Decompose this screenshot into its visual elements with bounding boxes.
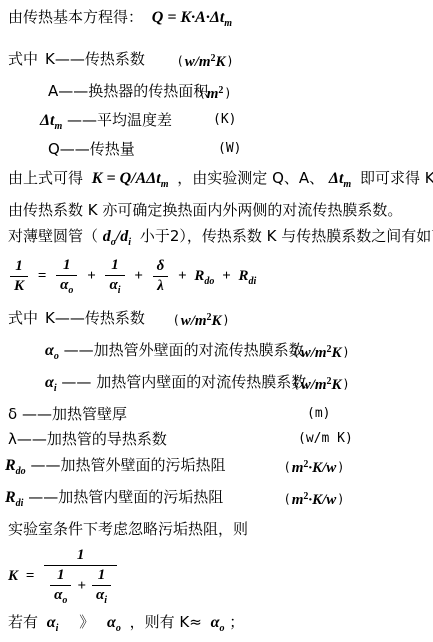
tail-text: 小于2），传热系数 K 与传热膜系数之间有如下关系： xyxy=(140,227,433,245)
film-coefficient-note: 由传热系数 K 亦可确定换热面内外两侧的对流传热膜系数。 xyxy=(8,200,402,220)
numerator: 1 xyxy=(92,566,111,586)
tail-text: 即可求得 K 值。 xyxy=(360,169,433,187)
symbol-subscript: di xyxy=(16,498,24,509)
unit-pre: m xyxy=(292,492,304,508)
d-inner-sub: i xyxy=(128,237,131,248)
alpha-sub: i xyxy=(118,285,121,296)
numerator: 1 xyxy=(44,546,117,566)
unit-label: (w/m2K) xyxy=(176,49,234,72)
param-row-alpha-i: αi —— 加热管内壁面的对流传热膜系数 (w/m2K) xyxy=(45,372,306,399)
numerator: 1 xyxy=(56,256,77,276)
unit-sup: 2 xyxy=(218,85,223,96)
symbol-subscript: i xyxy=(56,623,59,634)
symbol-body: α xyxy=(107,614,116,631)
close-paren: ) xyxy=(338,460,343,474)
frac-delta-over-lambda: δλ xyxy=(153,257,169,296)
param-term: K——传热系数 xyxy=(45,308,145,328)
symbol-body: α xyxy=(45,342,54,359)
unit-label: (m2·K/w) xyxy=(283,455,345,478)
Rdi-symbol: Rdi xyxy=(5,489,23,506)
R-sub: di xyxy=(248,276,256,287)
alpha-symbol: α xyxy=(109,277,117,293)
unit-math: w/m2K xyxy=(185,54,226,70)
open-paren: ( xyxy=(178,54,183,68)
outer-fraction: 1 1αo+1αi xyxy=(44,546,117,607)
open-paren: ( xyxy=(174,313,179,327)
shizhong-label: 式中 xyxy=(8,49,38,69)
param-term: ——加热管内壁面的污垢热阻 xyxy=(28,488,223,506)
unit-math: m2·K/w xyxy=(292,460,337,476)
unit-post: K xyxy=(332,345,342,361)
denominator: K xyxy=(10,277,28,296)
mid-text: ，则有 K≈ xyxy=(130,613,202,631)
unit-pre: w/m xyxy=(181,313,207,329)
denominator: αi xyxy=(92,586,111,608)
symbol-subscript: o xyxy=(54,351,59,362)
plus-sign: + xyxy=(134,268,143,284)
close-paren: ) xyxy=(338,492,343,506)
open-paren: ( xyxy=(294,345,299,359)
param-term: δ ——加热管壁厚 xyxy=(8,405,127,423)
param-term: K——传热系数 xyxy=(45,49,145,69)
unit-label: (w/m2K) xyxy=(172,308,230,331)
close-paren: ) xyxy=(344,377,349,391)
R-symbol: R xyxy=(238,268,248,284)
frac-1-over-alpha-i: 1αi xyxy=(105,256,124,297)
symbol-subscript: do xyxy=(16,466,26,477)
formula-body: K = Q/AΔt xyxy=(92,170,161,187)
close-paren: ) xyxy=(225,86,230,100)
symbol-subscript: o xyxy=(219,623,224,634)
equals-sign: = xyxy=(26,568,35,584)
close-paren: ) xyxy=(224,313,229,327)
unit-math: w/m2K xyxy=(181,313,222,329)
k-derived-formula: K = Q/AΔtm xyxy=(92,170,169,187)
alpha-sub: o xyxy=(68,285,73,296)
symbol-body: R xyxy=(5,457,16,474)
simplified-k-equation: K = 1 1αo+1αi xyxy=(8,546,119,607)
unit-post: K xyxy=(216,54,226,70)
unit-label: (m2·K/w) xyxy=(283,487,345,510)
unit-label: (w/m2K) xyxy=(292,340,350,363)
Rdo-symbol: Rdo xyxy=(5,457,26,474)
frac-1-over-K: 1K xyxy=(10,257,28,296)
symbol-subscript: m xyxy=(54,121,62,132)
Rdi-term: Rdi xyxy=(238,268,256,284)
numerator: 1 xyxy=(50,566,71,586)
unit-pre: w/m xyxy=(301,345,327,361)
symbol-body: α xyxy=(47,614,56,631)
denominator: λ xyxy=(153,277,169,296)
d-outer: d xyxy=(103,228,111,245)
equals-sign: = xyxy=(38,268,47,284)
numerator: 1 xyxy=(10,257,28,277)
lab-condition-line: 实验室条件下考虑忽略污垢热阻，则 xyxy=(8,519,248,539)
plus-sign: + xyxy=(77,578,86,594)
R-symbol: R xyxy=(194,268,204,284)
unit-math: w/m2K xyxy=(301,377,342,393)
param-term: λ——加热管的导热系数 xyxy=(8,430,167,448)
unit-pre: w/m xyxy=(301,377,327,393)
K-symbol: K xyxy=(8,568,18,584)
thin-wall-tube-line: 对薄壁圆管（ do/di 小于2），传热系数 K 与传热膜系数之间有如下关系： xyxy=(8,226,433,253)
param-row-dtm: Δtm ——平均温度差 (K) xyxy=(40,110,172,137)
frac-1-over-alpha-o: 1αo xyxy=(56,256,77,297)
open-paren: ( xyxy=(294,377,299,391)
formula-subscript: m xyxy=(224,18,232,29)
symbol-body: Δt xyxy=(329,170,343,187)
close-paren: ) xyxy=(344,345,349,359)
param-term: —— 加热管内壁面的对流传热膜系数 xyxy=(61,373,306,391)
numerator: δ xyxy=(153,257,169,277)
frac-1-over-alpha-o: 1αo xyxy=(50,566,71,607)
lead-text: 由上式可得 xyxy=(8,169,83,187)
unit-math: m2·K/w xyxy=(292,492,337,508)
param-row-lambda: λ——加热管的导热系数 (w/m K) xyxy=(8,429,167,449)
unit-pre: m xyxy=(292,460,304,476)
symbol-subscript: i xyxy=(54,383,57,394)
unit-pre: m xyxy=(207,86,219,102)
alpha-o-symbol: αo xyxy=(107,614,121,631)
frac-1-over-alpha-i: 1αi xyxy=(92,566,111,607)
much-greater-sign: 》 xyxy=(79,613,94,631)
param-term: ——平均温度差 xyxy=(67,111,172,129)
alpha-sub: o xyxy=(62,595,67,606)
param-row-Rdo: Rdo ——加热管外壁面的污垢热阻 (m2·K/w) xyxy=(5,455,225,482)
unit-label: (K) xyxy=(213,110,236,130)
Rdo-term: Rdo xyxy=(194,268,214,284)
dtm-symbol: Δtm xyxy=(329,170,351,187)
param-row-alpha-o: αo ——加热管外壁面的对流传热膜系数 (w/m2K) xyxy=(45,340,304,367)
R-sub: do xyxy=(204,276,214,287)
lead-text: 对薄壁圆管（ xyxy=(8,227,98,245)
alpha-o-symbol: αo xyxy=(45,342,59,359)
symbol-body: α xyxy=(45,374,54,391)
slash-d: /d xyxy=(116,228,128,245)
formula-subscript: m xyxy=(161,179,169,190)
unit-label: (W) xyxy=(218,139,241,159)
note-text: 实验室条件下考虑忽略污垢热阻，则 xyxy=(8,520,248,538)
derived-k-line: 由上式可得 K = Q/AΔtm ，由实验测定 Q、A、 Δtm 即可求得 K … xyxy=(8,168,433,195)
symbol-subscript: m xyxy=(343,179,351,190)
formula-body: Q = K·A·Δt xyxy=(152,9,225,26)
approximation-line: 若有 αi 》 αo ，则有 K≈ αo ； xyxy=(8,612,244,639)
param-term: ——加热管外壁面的污垢热阻 xyxy=(30,456,225,474)
alpha-sub: i xyxy=(104,595,107,606)
plus-sign: + xyxy=(222,268,231,284)
unit-math: m2 xyxy=(207,86,224,102)
lead-text: 若有 xyxy=(8,613,38,631)
end-text: ； xyxy=(229,613,244,631)
open-paren: ( xyxy=(285,492,290,506)
open-paren: ( xyxy=(200,86,205,100)
plus-sign: + xyxy=(178,268,187,284)
numerator: 1 xyxy=(105,256,124,276)
resistance-sum-equation: 1K = 1αo + 1αi + δλ + Rdo + Rdi xyxy=(8,256,256,297)
unit-post: ·K/w xyxy=(308,492,336,508)
close-paren: ) xyxy=(228,54,233,68)
param-row-Rdi: Rdi ——加热管内壁面的污垢热阻 (m2·K/w) xyxy=(5,487,223,514)
line-basic-equation: 由传热基本方程得： Q = K·A·Δtm xyxy=(8,7,232,34)
diameter-ratio-formula: do/di xyxy=(103,228,131,245)
denominator: αi xyxy=(105,276,124,298)
basic-heat-formula: Q = K·A·Δtm xyxy=(152,9,232,26)
param-term: Q——传热量 xyxy=(48,140,135,158)
unit-post: ·K/w xyxy=(308,460,336,476)
unit-math: w/m2K xyxy=(301,345,342,361)
unit-label: (m2) xyxy=(198,81,232,104)
param-row-Q: Q——传热量 (W) xyxy=(48,139,135,159)
unit-label: (w/m2K) xyxy=(292,372,350,395)
symbol-body: Δt xyxy=(40,112,54,129)
document-page: 由传热基本方程得： Q = K·A·Δtm 式中 K——传热系数 (w/m2K)… xyxy=(0,0,433,642)
unit-label: (m) xyxy=(307,404,330,424)
denominator: αo xyxy=(56,276,77,298)
symbol-subscript: o xyxy=(116,623,121,634)
open-paren: ( xyxy=(285,460,290,474)
denominator: αo xyxy=(50,586,71,608)
alpha-o-symbol-2: αo xyxy=(211,614,225,631)
symbol-body: R xyxy=(5,489,16,506)
shizhong-label: 式中 xyxy=(8,308,38,328)
note-text: 由传热系数 K 亦可确定换热面内外两侧的对流传热膜系数。 xyxy=(8,201,402,219)
unit-post: K xyxy=(332,377,342,393)
dtm-symbol: Δtm xyxy=(40,112,62,129)
param-term: ——加热管外壁面的对流传热膜系数 xyxy=(64,341,304,359)
alpha-i-symbol: αi xyxy=(45,374,57,391)
plus-sign: + xyxy=(87,268,96,284)
lead-text: 由传热基本方程得： xyxy=(8,8,143,26)
alpha-i-symbol: αi xyxy=(47,614,59,631)
mid-text: ，由实验测定 Q、A、 xyxy=(177,169,324,187)
denominator: 1αo+1αi xyxy=(44,566,117,607)
param-row-delta: δ ——加热管壁厚 (m) xyxy=(8,404,127,424)
param-term: A——换热器的传热面积 xyxy=(48,81,208,101)
unit-pre: w/m xyxy=(185,54,211,70)
unit-post: K xyxy=(212,313,222,329)
unit-label: (w/m K) xyxy=(298,429,353,449)
